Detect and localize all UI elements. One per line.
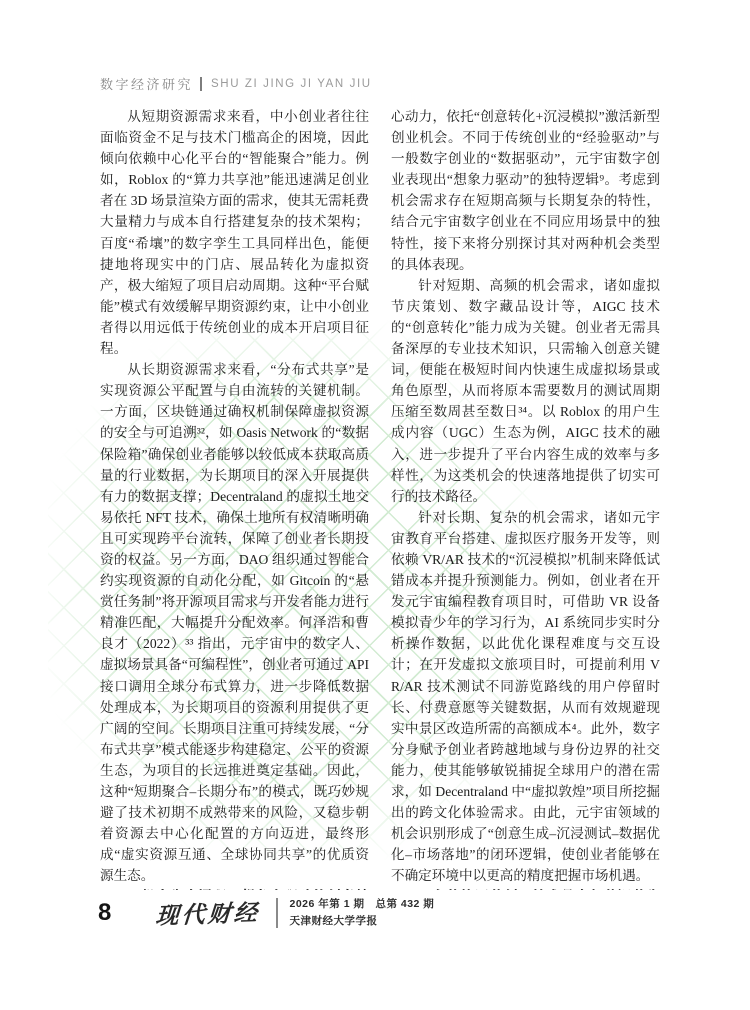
issue-info: 2026 年第 1 期 总第 432 期 [290, 896, 435, 913]
journal-logo: 现代财经 [155, 894, 262, 931]
journal-name-pinyin: SHU ZI JING JI YAN JIU [211, 78, 372, 90]
paragraph: 针对短期、高频的机会需求，诸如虚拟节庆策划、数字藏品设计等，AIGC 技术的“创… [391, 275, 660, 507]
journal-page: 数字经济研究 SHU ZI JING JI YAN JIU 从短期资源需求来看，… [0, 0, 750, 1010]
paragraph: 从短期资源需求来看，中小创业者往往面临资金不足与技术门槛高企的困境，因此倾向依赖… [100, 106, 369, 359]
footer-divider [276, 898, 278, 928]
left-column: 从短期资源需求来看，中小创业者往往面临资金不足与技术门槛高企的困境，因此倾向依赖… [100, 106, 369, 890]
article-body: 从短期资源需求来看，中小创业者往往面临资金不足与技术门槛高企的困境，因此倾向依赖… [100, 106, 660, 890]
paragraph: 心动力，依托“创意转化+沉浸模拟”激活新型创业机会。不同于传统创业的“经验驱动”… [391, 106, 660, 275]
header-divider [200, 77, 202, 91]
section-heading: 3. 主体协同共创：技术具身与共识共生的多元协作网络 [391, 886, 660, 890]
page-header: 数字经济研究 SHU ZI JING JI YAN JIU [100, 74, 660, 93]
page-footer: 8 现代财经 2026 年第 1 期 总第 432 期 天津财经大学学报 [98, 896, 660, 930]
paragraph: 从长期资源需求来看，“分布式共享”是实现资源公平配置与自由流转的关键机制。一方面… [100, 359, 369, 886]
page-number: 8 [98, 899, 128, 927]
section-heading: 2. 机会生态涌现：想象力驱动的创意转化与沉浸验证 [100, 886, 369, 890]
publisher-info: 天津财经大学学报 [290, 913, 435, 930]
right-column: 心动力，依托“创意转化+沉浸模拟”激活新型创业机会。不同于传统创业的“经验驱动”… [391, 106, 660, 890]
journal-name-cn: 数字经济研究 [100, 74, 193, 93]
issue-block: 2026 年第 1 期 总第 432 期 天津财经大学学报 [290, 896, 435, 930]
paragraph: 针对长期、复杂的机会需求，诸如元宇宙教育平台搭建、虚拟医疗服务开发等，则依赖 V… [391, 507, 660, 887]
